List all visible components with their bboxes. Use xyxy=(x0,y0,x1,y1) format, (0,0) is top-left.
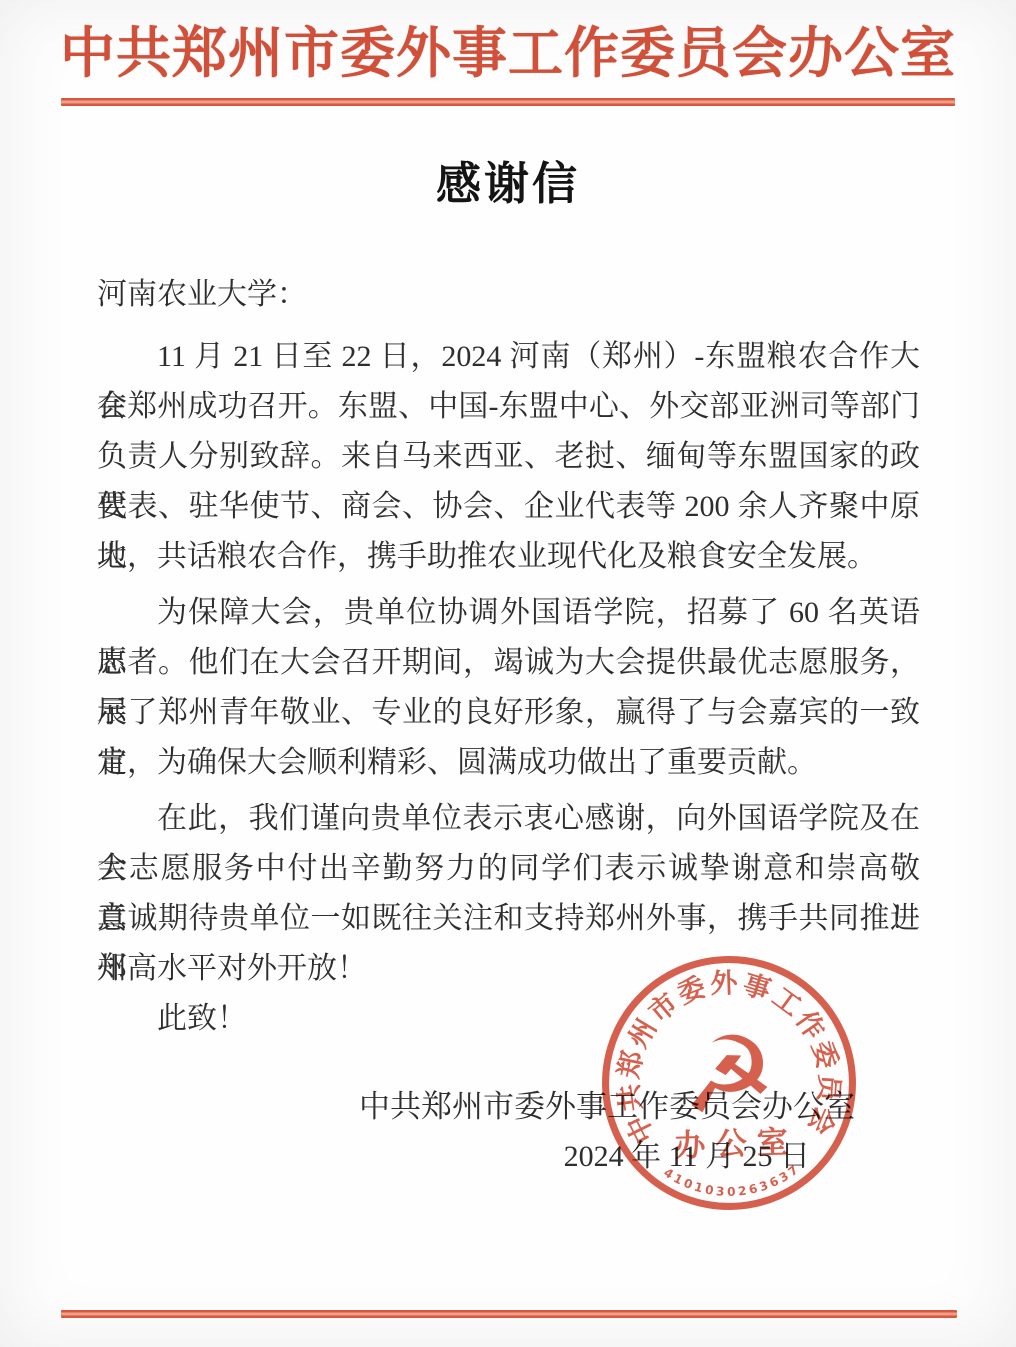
salutation: 河南农业大学： xyxy=(97,270,920,320)
letter-title: 感谢信 xyxy=(0,158,1016,210)
letter-page: 中共郑州市委外事工作委员会办公室 感谢信 河南农业大学： 11 月 21 日至 … xyxy=(0,0,1016,1347)
seal-center-text: 办公室 xyxy=(674,1124,799,1163)
paragraph-1-line-1: 11 月 21 日至 22 日，2024 河南（郑州）-东盟粮农合作大会 xyxy=(97,332,920,382)
paragraph-1-line-2: 在郑州成功召开。东盟、中国-东盟中心、外交部亚洲司等部门 xyxy=(97,382,920,432)
letterhead-rule xyxy=(61,98,955,106)
paragraph-1-line-3: 负责人分别致辞。来自马来西亚、老挝、缅甸等东盟国家的政要 xyxy=(97,432,920,482)
letter-body: 河南农业大学： 11 月 21 日至 22 日，2024 河南（郑州）-东盟粮农… xyxy=(97,270,920,1044)
footer-rule xyxy=(61,1310,957,1318)
paragraph-2: 为保障大会，贵单位协调外国语学院，招募了 60 名英语志 愿者。他们在大会召开期… xyxy=(97,588,920,788)
paragraph-1: 11 月 21 日至 22 日，2024 河南（郑州）-东盟粮农合作大会 在郑州… xyxy=(97,332,920,582)
paragraph-1-line-5: 地，共话粮农合作，携手助推农业现代化及粮食安全发展。 xyxy=(97,532,920,582)
paragraph-2-line-3: 示了郑州青年敬业、专业的良好形象，赢得了与会嘉宾的一致肯 xyxy=(97,688,920,738)
paragraph-3-line-1: 在此，我们谨向贵单位表示衷心感谢，向外国语学院及在大 xyxy=(97,794,920,844)
signature-org-name: 中共郑州市委外事工作委员会办公室 xyxy=(0,1082,1016,1132)
letterhead-org-name: 中共郑州市委外事工作委员会办公室 xyxy=(0,18,1016,90)
signature-date: 2024 年 11 月 25 日 xyxy=(0,1132,1016,1182)
paragraph-2-line-2: 愿者。他们在大会召开期间，竭诚为大会提供最优志愿服务，展 xyxy=(97,638,920,688)
official-seal: 中共郑州市委外事工作委员会 ☭ 办公室 4101030263637 xyxy=(594,948,865,1219)
paragraph-3-line-2: 会志愿服务中付出辛勤努力的同学们表示诚挚谢意和崇高敬意！ xyxy=(97,844,920,894)
paragraph-2-line-4: 定，为确保大会顺利精彩、圆满成功做出了重要贡献。 xyxy=(97,738,920,788)
paragraph-1-line-4: 代表、驻华使节、商会、协会、企业代表等 200 余人齐聚中原大 xyxy=(97,482,920,532)
hammer-sickle-icon: ☭ xyxy=(680,1013,778,1138)
paragraph-3-line-3: 真诚期待贵单位一如既往关注和支持郑州外事，携手共同推进郑 xyxy=(97,894,920,944)
paragraph-2-line-1: 为保障大会，贵单位协调外国语学院，招募了 60 名英语志 xyxy=(97,588,920,638)
